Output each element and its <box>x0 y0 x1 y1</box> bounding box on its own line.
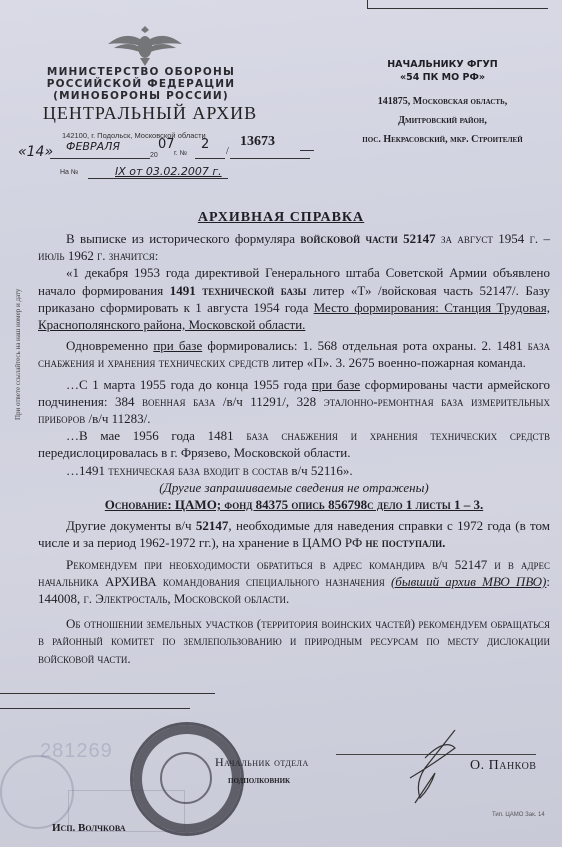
date-month: ФЕВРАЛЯ <box>66 140 120 153</box>
reg-line-1 <box>195 158 225 159</box>
archive-name: ЦЕНТРАЛЬНЫЙ АРХИВ <box>40 103 260 124</box>
paragraph-other-docs: Другие документы в/ч 52147, необходимые … <box>38 517 550 551</box>
paragraph-1956: …В мае 1956 года 1481 база снабжения и х… <box>38 427 550 461</box>
paragraph-recommend: Рекомендуем при необходимости обратиться… <box>38 556 550 608</box>
recipient-dash <box>300 150 314 151</box>
reference-number: IX от 03.02.2007 г. <box>115 165 222 178</box>
recipient-line: «54 ПК МО РФ» <box>320 71 562 84</box>
faint-stamp <box>0 755 74 829</box>
recipient-line: пос. Некрасовский, мкр. Строителей <box>320 130 562 149</box>
ministry-header: МИНИСТЕРСТВО ОБОРОНЫ РОССИЙСКОЙ ФЕДЕРАЦИ… <box>30 66 252 102</box>
year-prefix: 20 <box>150 152 158 159</box>
archive-certificate-page: МИНИСТЕРСТВО ОБОРОНЫ РОССИЙСКОЙ ФЕДЕРАЦИ… <box>0 0 562 847</box>
paragraph-formation: «1 декабря 1953 года директивой Генераль… <box>38 264 550 333</box>
reg-label: г. № <box>174 150 187 157</box>
signatory-rank: подполковник <box>228 775 290 786</box>
strike-line <box>0 693 215 694</box>
ref-label: На № <box>60 169 78 176</box>
recipient-line: Дмитровский район, <box>320 111 562 130</box>
date-year: 07 <box>158 137 175 152</box>
paragraph-intro: В выписке из исторического формуляра вой… <box>38 230 550 264</box>
ministry-line: РОССИЙСКОЙ ФЕДЕРАЦИИ <box>30 78 252 90</box>
ministry-line: (МИНОБОРОНЫ РОССИИ) <box>30 90 252 102</box>
executor-name: Исп. Волчкова <box>52 822 125 834</box>
paragraph-simultaneous: Одновременно при базе формировались: 1. … <box>38 337 550 371</box>
paragraph-1491: …1491 техническая база входит в состав в… <box>38 462 550 479</box>
double-headed-eagle-emblem-icon <box>100 22 190 67</box>
basis-line: Основание: ЦАМО; фонд 84375 опись 856798… <box>38 496 550 513</box>
printer-mark: Тип. ЦАМО Зак. 14 <box>492 812 545 818</box>
side-note: При ответе ссылайтесь на наш номер и дат… <box>14 200 22 420</box>
date-month-line <box>50 158 150 159</box>
reg-number-1: 2 <box>201 137 209 152</box>
handwritten-signature-icon <box>395 728 475 808</box>
recipient-block: НАЧАЛЬНИКУ ФГУП «54 ПК МО РФ» 141875, Мо… <box>320 58 562 149</box>
date-day: «14» <box>18 144 53 160</box>
signatory-title: Начальник отдела <box>215 755 309 770</box>
strike-line <box>0 708 190 709</box>
signatory-name: О. Панков <box>470 758 536 774</box>
reg-line-2 <box>230 158 310 159</box>
ministry-line: МИНИСТЕРСТВО ОБОРОНЫ <box>30 66 252 78</box>
sender-address: 142100, г. Подольск, Московской области <box>62 131 206 140</box>
reg-number-2: 13673 <box>240 134 275 150</box>
document-title: АРХИВНАЯ СПРАВКА <box>0 210 562 226</box>
recipient-line: НАЧАЛЬНИКУ ФГУП <box>320 58 562 71</box>
official-seal-inner <box>160 752 212 804</box>
paragraph-1955: …С 1 марта 1955 года до конца 1955 года … <box>38 376 550 428</box>
ref-line <box>88 178 228 179</box>
faint-stamp-number: 281269 <box>40 740 113 763</box>
paragraph-land: Об отношении земельных участков (террито… <box>38 615 550 667</box>
other-info-note: (Другие запрашиваемые сведения не отраже… <box>38 479 550 496</box>
document-body: В выписке из исторического формуляра вой… <box>38 230 550 667</box>
reg-slash: / <box>226 146 229 157</box>
recipient-line: 141875, Московская область, <box>320 92 562 111</box>
top-corner-frame <box>367 0 548 9</box>
